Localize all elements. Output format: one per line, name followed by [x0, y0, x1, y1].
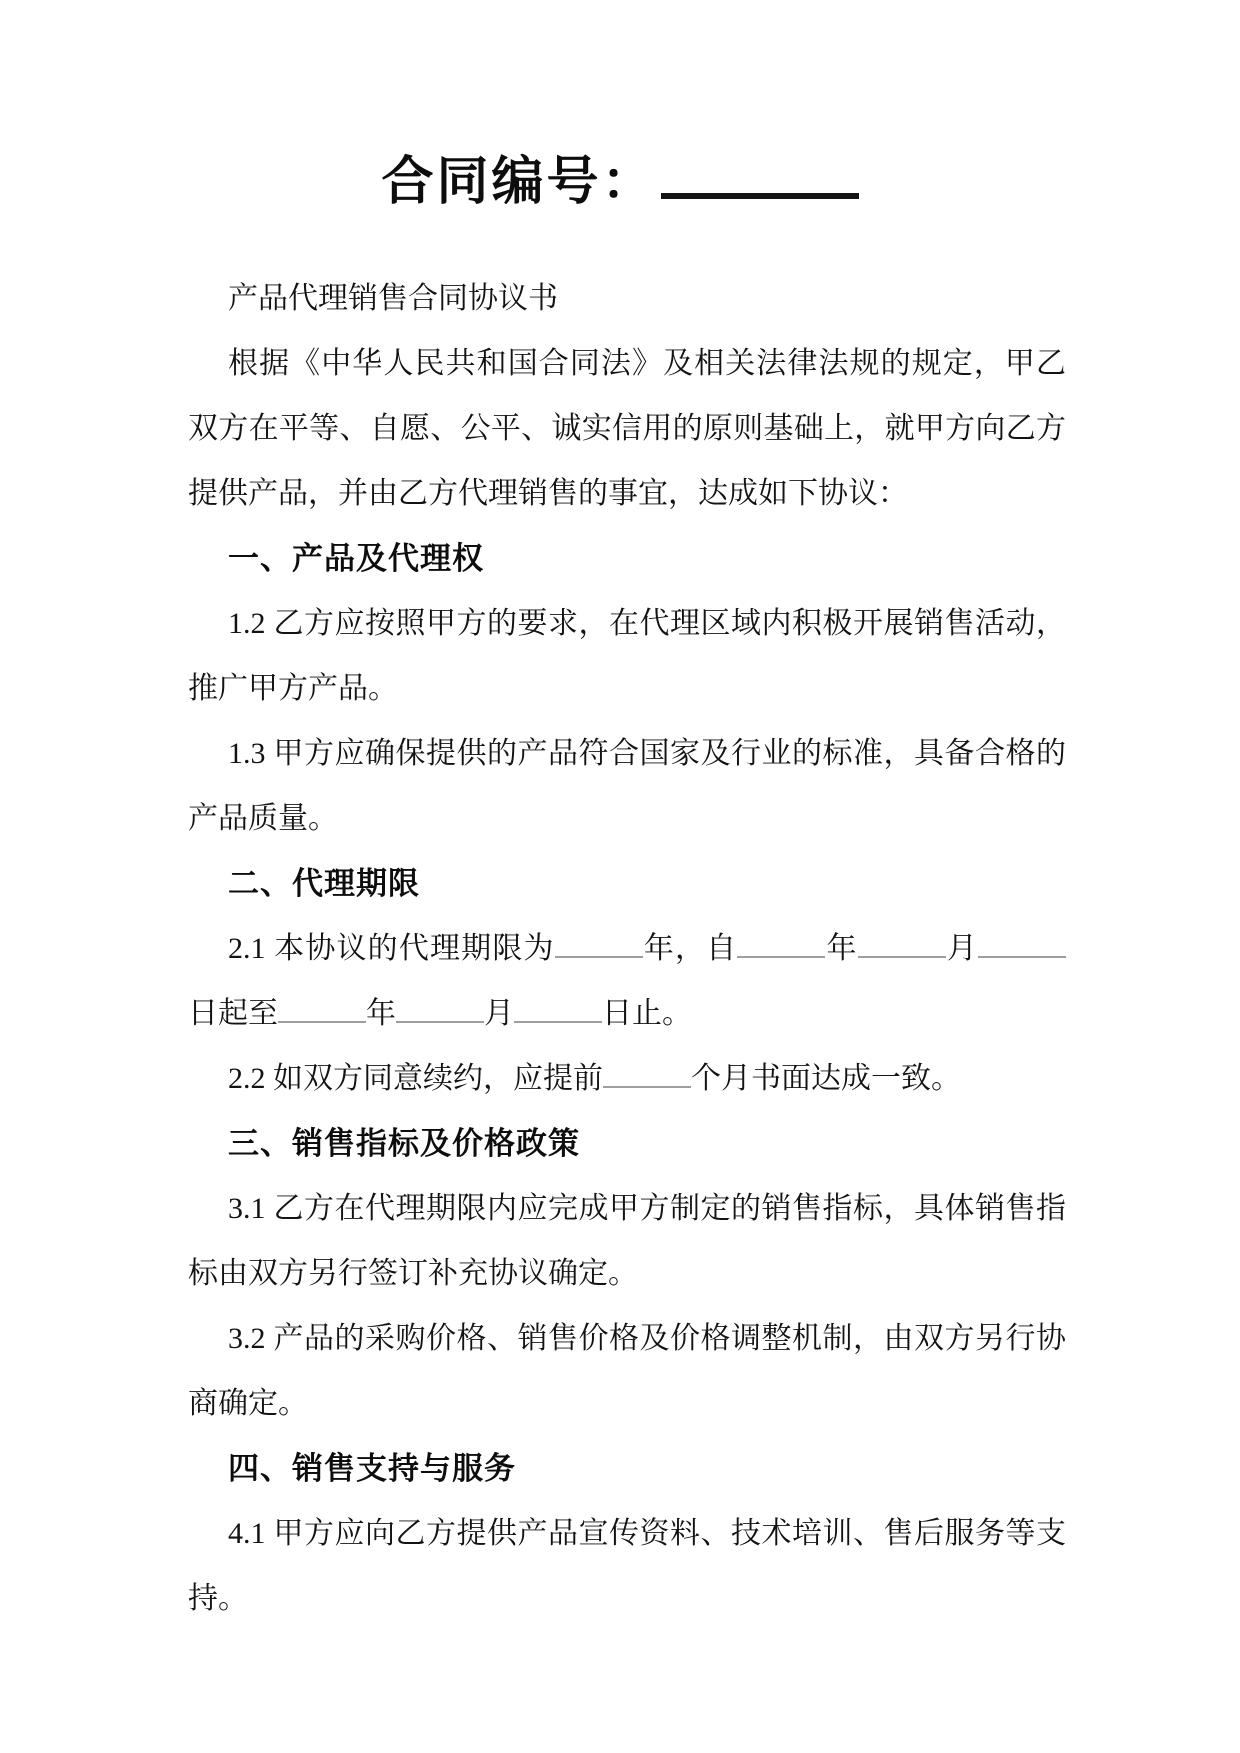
- clause-3-1: 3.1 乙方在代理期限内应完成甲方制定的销售指标，具体销售指标由双方另行签订补充…: [188, 1176, 1066, 1306]
- clause-2-1-segment: 月: [484, 997, 514, 1030]
- clause-2-1-segment: 日止。: [602, 997, 692, 1030]
- clause-2-2-segment: 个月书面达成一致。: [691, 1062, 961, 1095]
- blank-renewal-months: [603, 1084, 691, 1088]
- clause-2-1-segment: 日起至: [188, 997, 278, 1030]
- clause-2-1-segment: 年，自: [643, 932, 738, 965]
- contract-number-blank-line: [661, 146, 859, 199]
- contract-number-label: 合同编号：: [381, 153, 656, 211]
- blank-start-year: [737, 954, 825, 958]
- clause-2-1-segment: 年: [825, 932, 857, 965]
- clause-2-1-segment: 年: [366, 997, 396, 1030]
- clause-2-2-segment: 2.2 如双方同意续约，应提前: [228, 1062, 603, 1095]
- section-3-heading: 三、销售指标及价格政策: [188, 1111, 1066, 1176]
- clause-2-1: 2.1 本协议的代理期限为年，自年月日起至年月日止。: [188, 916, 1066, 1046]
- blank-term-years: [555, 954, 643, 958]
- blank-start-month: [858, 954, 946, 958]
- clause-2-1-segment: 月: [946, 932, 978, 965]
- section-1-heading: 一、产品及代理权: [188, 526, 1066, 591]
- blank-start-day: [978, 954, 1066, 958]
- section-2-heading: 二、代理期限: [188, 851, 1066, 916]
- clause-2-2: 2.2 如双方同意续约，应提前个月书面达成一致。: [188, 1046, 1066, 1111]
- document-title: 合同编号：: [0, 0, 1240, 211]
- section-4-heading: 四、销售支持与服务: [188, 1436, 1066, 1501]
- blank-end-year: [278, 1019, 366, 1023]
- blank-end-day: [514, 1019, 602, 1023]
- contract-document-page: 合同编号： 产品代理销售合同协议书 根据《中华人民共和国合同法》及相关法律法规的…: [0, 0, 1240, 1753]
- preamble-paragraph: 根据《中华人民共和国合同法》及相关法律法规的规定，甲乙双方在平等、自愿、公平、诚…: [188, 331, 1066, 526]
- clause-2-1-segment: 2.1 本协议的代理期限为: [228, 932, 555, 965]
- document-body: 产品代理销售合同协议书 根据《中华人民共和国合同法》及相关法律法规的规定，甲乙双…: [188, 266, 1066, 1631]
- clause-1-3: 1.3 甲方应确保提供的产品符合国家及行业的标准，具备合格的产品质量。: [188, 721, 1066, 851]
- clause-3-2: 3.2 产品的采购价格、销售价格及价格调整机制，由双方另行协商确定。: [188, 1306, 1066, 1436]
- clause-1-2: 1.2 乙方应按照甲方的要求，在代理区域内积极开展销售活动，推广甲方产品。: [188, 591, 1066, 721]
- document-subtitle: 产品代理销售合同协议书: [188, 266, 1066, 331]
- clause-4-1: 4.1 甲方应向乙方提供产品宣传资料、技术培训、售后服务等支持。: [188, 1501, 1066, 1631]
- blank-end-month: [396, 1019, 484, 1023]
